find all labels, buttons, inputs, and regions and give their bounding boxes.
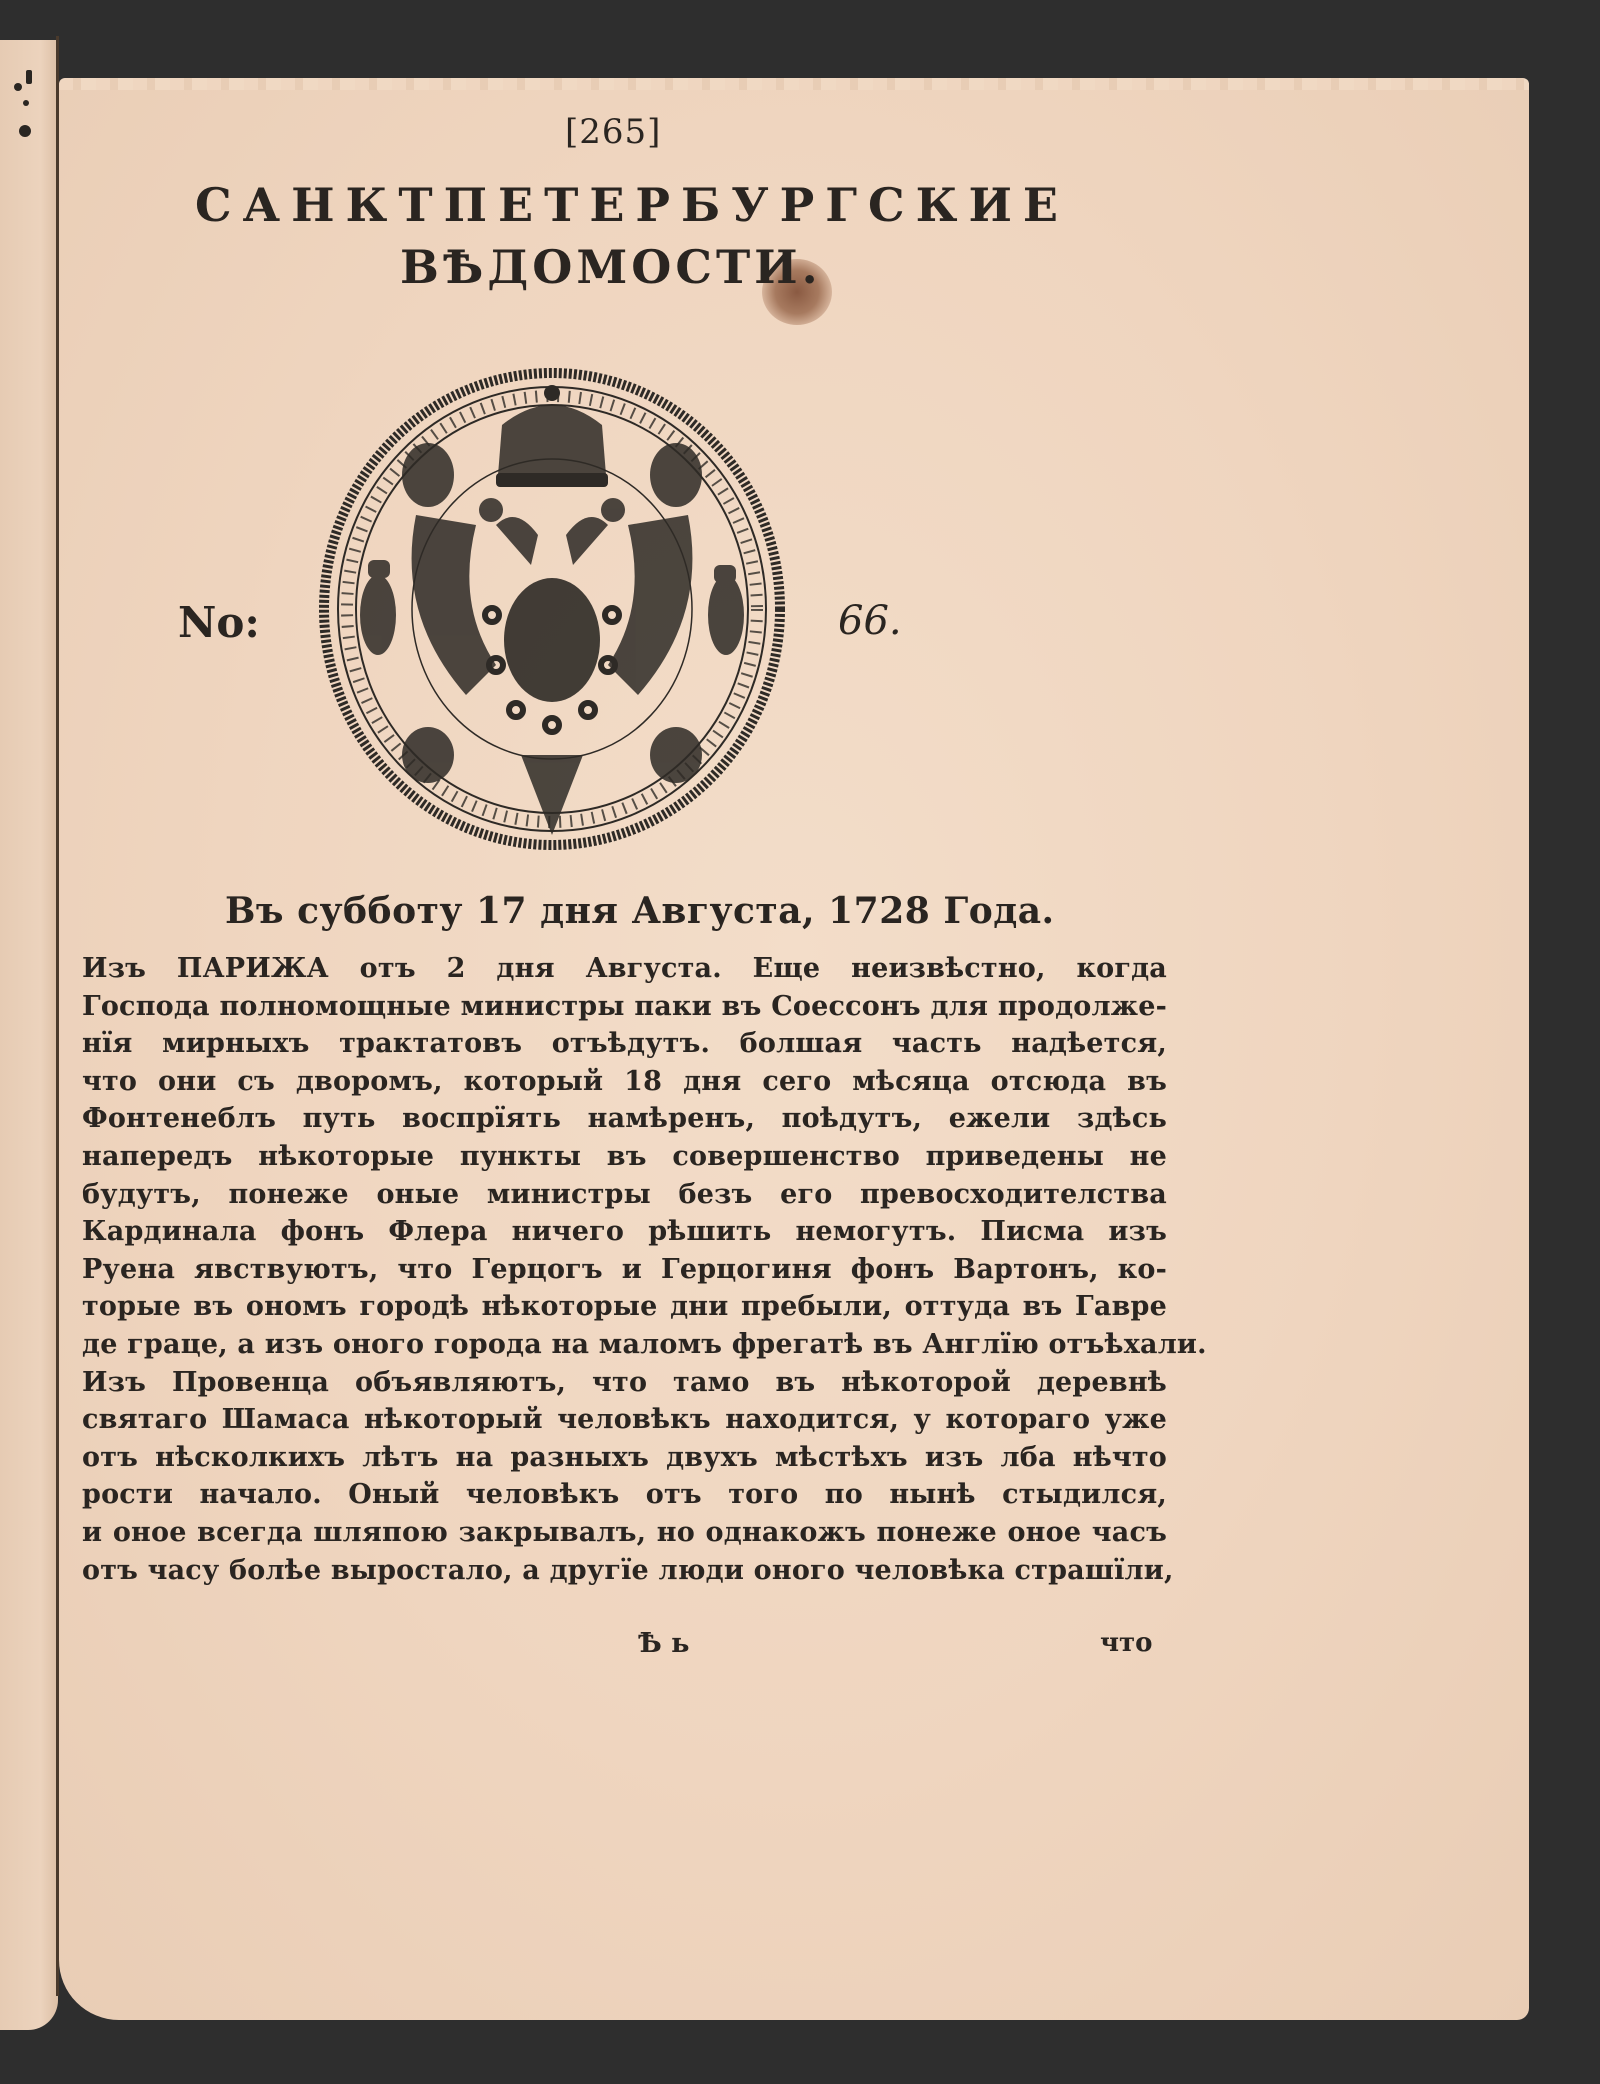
article-line: Фонтенеблъ путь воспрїять намѣренъ, поѣд… [82, 1100, 1167, 1138]
article-body: Изъ ПАРИЖА отъ 2 дня Августа. Еще неизвѣ… [82, 950, 1167, 1589]
signature-mark: Ѣ ь [638, 1628, 690, 1659]
article-line: де граце, а изъ оного города на маломъ ф… [82, 1326, 1167, 1364]
torn-top-edge [59, 78, 1529, 90]
ink-spot [23, 100, 29, 106]
article-line: будутъ, понеже оные министры безъ его пр… [82, 1176, 1167, 1214]
article-line: отъ часу болѣе выростало, а другїе люди … [82, 1552, 1167, 1590]
article-line: Изъ Провенца объявляютъ, что тамо въ нѣк… [82, 1364, 1167, 1402]
article-line: Кардинала фонъ Флера ничего рѣшить немог… [82, 1213, 1167, 1251]
ink-spot [14, 83, 22, 91]
ink-spot [19, 125, 31, 137]
facing-page-edge [0, 40, 58, 2030]
article-line: рости начало. Оный человѣкъ отъ того по … [82, 1476, 1167, 1514]
issue-number: 66. [838, 598, 902, 644]
article-line: святаго Шамаса нѣкоторый человѣкъ находи… [82, 1401, 1167, 1439]
masthead-title-line1: САНКТПЕТЕРБУРГСКИЕ [195, 178, 1069, 232]
page-number: [265] [565, 112, 661, 152]
issue-dateline: Въ субботу 17 дня Августа, 1728 Года. [225, 890, 1055, 932]
article-line: отъ нѣсколкихъ лѣтъ на разныхъ двухъ мѣс… [82, 1439, 1167, 1477]
article-line: нїя мирныхъ трактатовъ отъѣдутъ. болшая … [82, 1025, 1167, 1063]
catchword: что [1100, 1628, 1152, 1658]
article-line: Руена явствуютъ, что Герцогъ и Герцогиня… [82, 1251, 1167, 1289]
article-line: и оное всегда шляпою закрывалъ, но однак… [82, 1514, 1167, 1552]
ink-spot [26, 70, 32, 84]
article-line: торые въ ономъ городѣ нѣкоторые дни преб… [82, 1288, 1167, 1326]
double-headed-eagle-crest-icon [316, 365, 788, 853]
masthead-title-line2: ВѢДОМОСТИ. [400, 240, 822, 294]
article-line: напередъ нѣкоторые пункты въ совершенств… [82, 1138, 1167, 1176]
issue-label: No: [178, 598, 260, 647]
article-line: Изъ ПАРИЖА отъ 2 дня Августа. Еще неизвѣ… [82, 950, 1167, 988]
article-line: Господа полномощные министры паки въ Сое… [82, 988, 1167, 1026]
article-line: что они съ дворомъ, который 18 дня сего … [82, 1063, 1167, 1101]
